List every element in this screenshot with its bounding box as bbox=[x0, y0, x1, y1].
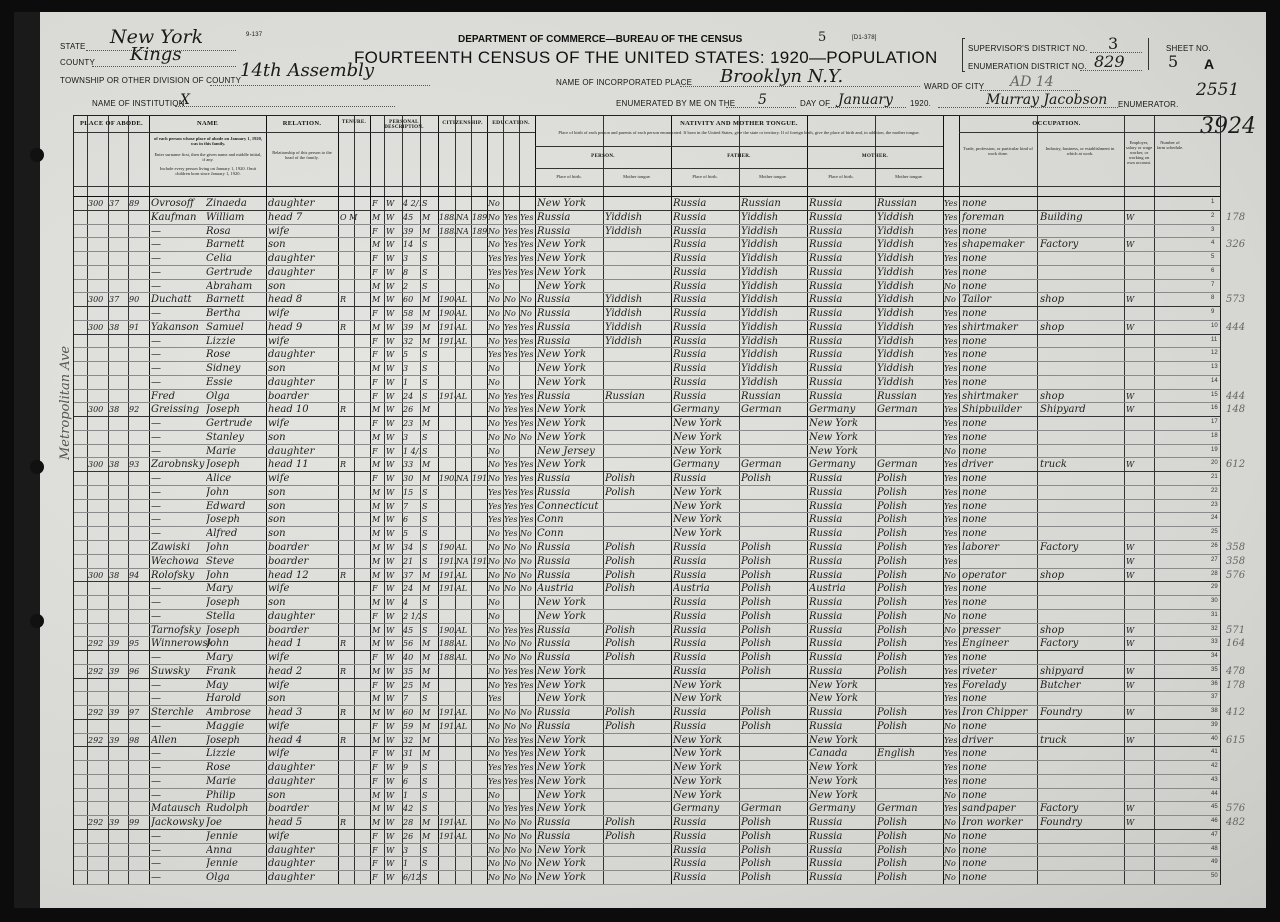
cell-fpob: Russia bbox=[673, 871, 739, 885]
line-number: 4 bbox=[1211, 240, 1214, 246]
table-row: —MarywifeFW40M1885ALNoNoNoRussiaPolishRu… bbox=[74, 650, 1220, 665]
cell-ms: S bbox=[422, 871, 438, 885]
line-number: 28 bbox=[1211, 571, 1218, 577]
line-number: 15 bbox=[1211, 392, 1218, 398]
supervisor-label: SUPERVISOR'S DISTRICT NO. bbox=[968, 44, 1088, 53]
mother-tongue-header: Mother tongue. bbox=[875, 174, 943, 179]
place-of-abode-header: PLACE OF ABODE. bbox=[74, 120, 149, 127]
line-number: 47 bbox=[1211, 832, 1218, 838]
cell-race: W bbox=[386, 871, 402, 885]
place-label: NAME OF INCORPORATED PLACE bbox=[556, 78, 692, 87]
punch-hole-icon bbox=[30, 460, 44, 474]
ward-label: WARD OF CITY bbox=[924, 82, 984, 91]
cell-pob: New York bbox=[537, 871, 603, 885]
department-heading: DEPARTMENT OF COMMERCE—BUREAU OF THE CEN… bbox=[458, 34, 742, 45]
census-title: FOURTEENTH CENSUS OF THE UNITED STATES: … bbox=[354, 48, 938, 68]
census-rows: 3003789OvrosoffZinaedadaughterFW4 2/12SN… bbox=[74, 196, 1220, 884]
table-row: 3003789OvrosoffZinaedadaughterFW4 2/12SN… bbox=[74, 196, 1220, 211]
table-row: —RosawifeFW39M1885NA1892NoYesYesRussiaYi… bbox=[74, 224, 1220, 239]
trade-header: Trade, profession, or particular kind of… bbox=[962, 146, 1034, 156]
enumerated-label: ENUMERATED BY ME ON THE bbox=[616, 99, 735, 108]
line-number: 11 bbox=[1211, 337, 1217, 343]
cell-age: 6/12 bbox=[403, 871, 421, 885]
cell-rel: daughter bbox=[268, 871, 338, 885]
table-row: —MaywifeFW25MNoYesYesNew YorkNew YorkNew… bbox=[74, 678, 1220, 693]
table-row: —JohnsonMW15SYesYesYesRussiaPolishNew Yo… bbox=[74, 485, 1220, 500]
person-pob-header: Place of birth. bbox=[535, 174, 603, 179]
employer-header: Employer, salary or wage worker, or work… bbox=[1125, 140, 1153, 165]
occupation-code: 358 bbox=[1226, 555, 1266, 569]
line-number: 43 bbox=[1211, 777, 1218, 783]
line-number: 5 bbox=[1211, 254, 1214, 260]
punch-hole-icon bbox=[30, 614, 44, 628]
enumerated-day: 5 bbox=[758, 92, 767, 108]
table-row: 3003790DuchattBarnetthead 8RMW60M1906ALN… bbox=[74, 292, 1220, 307]
line-number: 22 bbox=[1211, 488, 1218, 494]
line-number: 25 bbox=[1211, 529, 1218, 535]
occupation-code: 326 bbox=[1226, 238, 1266, 252]
corner-note-2551: 2551 bbox=[1196, 80, 1239, 100]
line-number: 21 bbox=[1211, 474, 1218, 480]
name-instruction: Enter surname first, then the given name… bbox=[154, 152, 262, 162]
line-number: 34 bbox=[1211, 653, 1218, 659]
personal-description-header: PERSONAL DESCRIPTION. bbox=[370, 120, 438, 130]
table-row: —OlgadaughterFW6/12SNoNoNoNew YorkRussia… bbox=[74, 870, 1220, 885]
line-number: 31 bbox=[1211, 612, 1218, 618]
occupation-code: 178 bbox=[1226, 211, 1266, 225]
year-label: 1920. bbox=[910, 99, 931, 108]
line-number: 46 bbox=[1211, 818, 1218, 824]
census-table: PLACE OF ABODE. NAME of each person whos… bbox=[73, 115, 1221, 885]
occupation-code: 576 bbox=[1226, 569, 1266, 583]
line-number: 1 bbox=[1211, 199, 1214, 205]
table-row: —GertrudedaughterFW8SYesYesYesNew YorkRu… bbox=[74, 265, 1220, 280]
line-number: 39 bbox=[1211, 722, 1218, 728]
table-row: WechowaSteveboarderMW21S1912NA1919NoNoNo… bbox=[74, 554, 1220, 569]
occupation-code: 444 bbox=[1226, 321, 1266, 335]
line-number: 8 bbox=[1211, 295, 1214, 301]
line-number: 20 bbox=[1211, 460, 1218, 466]
line-number: 6 bbox=[1211, 268, 1214, 274]
table-row: —RosedaughterFW9SYesYesYesNew YorkNew Yo… bbox=[74, 760, 1220, 775]
mother-header: MOTHER. bbox=[807, 154, 943, 159]
line-number: 7 bbox=[1211, 282, 1214, 288]
cell-school: No bbox=[488, 871, 503, 885]
name-header: NAME bbox=[149, 120, 266, 127]
line-number: 26 bbox=[1211, 543, 1218, 549]
line-number: 29 bbox=[1211, 584, 1218, 590]
enumerator-value: Murray Jacobson bbox=[986, 92, 1107, 108]
mother-pob-header: Place of birth. bbox=[807, 174, 875, 179]
occupation-code: 164 bbox=[1226, 637, 1266, 651]
education-header: EDUCATION. bbox=[487, 120, 535, 126]
cell-mpob: Russia bbox=[809, 871, 875, 885]
line-number: 19 bbox=[1211, 447, 1218, 453]
person-header: PERSON. bbox=[535, 154, 671, 159]
table-row: —EdwardsonMW7SYesYesYesConnecticutNew Yo… bbox=[74, 499, 1220, 514]
citizenship-header: CITIZENSHIP. bbox=[438, 120, 487, 126]
county-value: Kings bbox=[130, 44, 182, 65]
line-number: 16 bbox=[1211, 405, 1218, 411]
form-number: 9-137 bbox=[246, 32, 262, 38]
line-number: 37 bbox=[1211, 694, 1218, 700]
supervisor-value: 3 bbox=[1108, 34, 1118, 53]
sheet-value: 5 bbox=[1168, 52, 1178, 71]
table-row: —StelladaughterFW2 1/2SNoNew YorkRussiaP… bbox=[74, 609, 1220, 624]
occupation-code: 148 bbox=[1226, 403, 1266, 417]
punch-hole-icon bbox=[30, 148, 44, 162]
table-row: FredOlgaboarderFW24S1914ALNoYesYesRussia… bbox=[74, 389, 1220, 404]
line-number: 9 bbox=[1211, 309, 1214, 315]
line-number: 42 bbox=[1211, 763, 1218, 769]
line-number: 10 bbox=[1211, 323, 1218, 329]
table-row: —RosedaughterFW5SYesYesYesNew YorkRussia… bbox=[74, 347, 1220, 362]
table-row: —AlicewifeFW30M1905NA1910NoYesYesRussiaP… bbox=[74, 471, 1220, 486]
table-row: —LizziewifeFW31MNoYesYesNew YorkNew York… bbox=[74, 746, 1220, 761]
tenure-header: TENURE. bbox=[338, 120, 370, 125]
table-row: —SidneysonMW3SNoNew YorkRussiaYiddishRus… bbox=[74, 361, 1220, 376]
line-number: 36 bbox=[1211, 681, 1218, 687]
occupation-code: 412 bbox=[1226, 706, 1266, 720]
industry-header: Industry, business, or establishment in … bbox=[1040, 146, 1120, 156]
township-label: TOWNSHIP OR OTHER DIVISION OF COUNTY bbox=[60, 76, 241, 85]
table-row: KaufmanWilliamhead 7O MMW45M1885NA1892No… bbox=[74, 210, 1220, 225]
line-number: 44 bbox=[1211, 791, 1218, 797]
sheet-letter: A bbox=[1204, 56, 1214, 72]
cell-mtongue: Polish bbox=[877, 871, 943, 885]
table-row: ZawiskiJohnboarderMW34S1907ALNoNoNoRussi… bbox=[74, 540, 1220, 555]
table-row: 3003894RolofskyJohnhead 12RMW37M1912ALNo… bbox=[74, 568, 1220, 583]
table-row: —StanleysonMW3SNoNoNoNew YorkNew YorkNew… bbox=[74, 430, 1220, 445]
cell-ftongue: Polish bbox=[741, 871, 807, 885]
occupation-code: 615 bbox=[1226, 734, 1266, 748]
table-row: —JenniewifeFW26M1910ALNoNoNoRussiaPolish… bbox=[74, 829, 1220, 844]
occupation-code: 576 bbox=[1226, 802, 1266, 816]
relation-header: RELATION. bbox=[266, 120, 338, 127]
person-tongue-header: Mother tongue. bbox=[603, 174, 671, 179]
table-row: —JosephsonMW4SNoNew YorkRussiaPolishRuss… bbox=[74, 595, 1220, 610]
occupation-code: 482 bbox=[1226, 816, 1266, 830]
occupation-code: 571 bbox=[1226, 624, 1266, 638]
relation-subheader: Relationship of this person to the head … bbox=[270, 150, 334, 160]
line-number: 12 bbox=[1211, 350, 1218, 356]
line-number: 49 bbox=[1211, 859, 1218, 865]
table-row: 2923999JackowskyJoehead 5RMW28M1910ALNoN… bbox=[74, 815, 1220, 830]
line-number: 50 bbox=[1211, 873, 1218, 879]
institution-value: X bbox=[180, 92, 190, 108]
table-row: 2923998AllenJosephhead 4RMW32MNoYesYesNe… bbox=[74, 733, 1220, 748]
occupation-code: 358 bbox=[1226, 541, 1266, 555]
occupation-code: 178 bbox=[1226, 679, 1266, 693]
father-pob-header: Place of birth. bbox=[671, 174, 739, 179]
line-number: 33 bbox=[1211, 639, 1218, 645]
occupation-code: 573 bbox=[1226, 293, 1266, 307]
name-include-note: Include every person living on January 1… bbox=[154, 166, 262, 176]
table-row: —CeliadaughterFW3SYesYesYesNew YorkRussi… bbox=[74, 251, 1220, 266]
institution-label: NAME OF INSTITUTION bbox=[92, 99, 185, 108]
occupation-code: 478 bbox=[1226, 665, 1266, 679]
table-row: —GertrudewifeFW23MNoYesYesNew YorkNew Yo… bbox=[74, 416, 1220, 431]
line-number: 41 bbox=[1211, 749, 1218, 755]
place-value: Brooklyn N.Y. bbox=[720, 66, 843, 87]
ward-value: AD 14 bbox=[1010, 74, 1054, 90]
nativity-instruction: Place of birth of each person and parent… bbox=[544, 130, 934, 135]
cell-given: Olga bbox=[206, 871, 266, 885]
table-row: —EssiedaughterFW1SNoNew YorkRussiaYiddis… bbox=[74, 375, 1220, 390]
line-number: 30 bbox=[1211, 598, 1218, 604]
margin-note: Metropolitan Ave bbox=[58, 346, 73, 460]
table-row: TarnofskyJosephboarderMW45S1902ALNoYesYe… bbox=[74, 623, 1220, 638]
cell-occ: none bbox=[962, 871, 1037, 885]
enumerator-label: ENUMERATOR. bbox=[1118, 100, 1179, 109]
cell-write: No bbox=[520, 871, 535, 885]
table-row: —PhilipsonMW1SNoNew YorkNew YorkNew York… bbox=[74, 788, 1220, 803]
occupation-code: 612 bbox=[1226, 458, 1266, 472]
line-number: 27 bbox=[1211, 557, 1218, 563]
cell-surname: — bbox=[151, 871, 211, 885]
cell-sex: F bbox=[372, 871, 384, 885]
table-row: —JenniedaughterFW1SNoNoNoNew YorkRussiaP… bbox=[74, 856, 1220, 871]
nativity-header: NATIVITY AND MOTHER TONGUE. bbox=[535, 120, 943, 127]
line-number: 48 bbox=[1211, 846, 1218, 852]
table-row: —HaroldsonMW7SYesNew YorkNew YorkNew Yor… bbox=[74, 691, 1220, 706]
ed-label: ENUMERATION DISTRICT NO. bbox=[968, 62, 1087, 71]
line-number: 2 bbox=[1211, 213, 1214, 219]
table-row: 3003893ZarobnskyJosephhead 11RMW33MNoYes… bbox=[74, 457, 1220, 472]
name-subheader: of each person whose place of abode on J… bbox=[154, 136, 262, 146]
table-row: 2923995WinnerowskiJohnhead 1RMW56M1885AL… bbox=[74, 636, 1220, 651]
line-number: 32 bbox=[1211, 626, 1218, 632]
line-number: 17 bbox=[1211, 419, 1218, 425]
month-value: January bbox=[838, 92, 893, 108]
form-code: [D1-378] bbox=[852, 35, 877, 41]
table-row: —MarywifeFW24M1910ALNoNoNoAustriaPolishA… bbox=[74, 581, 1220, 596]
table-row: —JosephsonMW6SYesYesYesConnNew YorkRussi… bbox=[74, 512, 1220, 527]
occupation-header: OCCUPATION. bbox=[959, 120, 1154, 127]
cell-eng: No bbox=[944, 871, 959, 885]
table-row: —MaggiewifeFW59M1912ALNoNoNoRussiaPolish… bbox=[74, 719, 1220, 734]
father-header: FATHER. bbox=[671, 154, 807, 159]
line-number: 45 bbox=[1211, 804, 1218, 810]
table-row: 3003892GreissingJosephhead 10RMW26MNoYes… bbox=[74, 402, 1220, 417]
line-number: 40 bbox=[1211, 736, 1218, 742]
ed-value: 829 bbox=[1094, 52, 1125, 71]
line-number: 18 bbox=[1211, 433, 1218, 439]
line-number: 14 bbox=[1211, 378, 1218, 384]
table-row: 2923997SterchleAmbrosehead 3RMW60M1912AL… bbox=[74, 705, 1220, 720]
line-number: 3 bbox=[1211, 227, 1214, 233]
table-row: —BarnettsonMW14SNoYesYesNew YorkRussiaYi… bbox=[74, 237, 1220, 252]
day-of-label: DAY OF bbox=[800, 99, 830, 108]
page-stamp: 5 bbox=[818, 30, 826, 45]
line-number: 38 bbox=[1211, 708, 1218, 714]
occupation-code: 444 bbox=[1226, 390, 1266, 404]
line-number: 23 bbox=[1211, 502, 1218, 508]
cell-read: No bbox=[504, 871, 519, 885]
table-row: —AnnadaughterFW3SNoNoNoNew YorkRussiaPol… bbox=[74, 843, 1220, 858]
farm-schedule-header: Number of farm schedule. bbox=[1156, 140, 1184, 150]
table-row: —MariedaughterFW6SYesYesYesNew YorkNew Y… bbox=[74, 774, 1220, 789]
table-row: —BerthawifeFW58M1906ALNoNoNoRussiaYiddis… bbox=[74, 306, 1220, 321]
line-number: 24 bbox=[1211, 515, 1218, 521]
father-tongue-header: Mother tongue. bbox=[739, 174, 807, 179]
table-row: —LizziewifeFW32M1912ALNoYesYesRussiaYidd… bbox=[74, 334, 1220, 349]
table-row: —AbrahamsonMW2SNoNew YorkRussiaYiddishRu… bbox=[74, 279, 1220, 294]
county-label: COUNTY bbox=[60, 58, 95, 67]
state-label: STATE bbox=[60, 42, 86, 51]
table-row: MatauschRudolphboarderMW42SNoYesYesNew Y… bbox=[74, 801, 1220, 816]
line-number: 35 bbox=[1211, 667, 1218, 673]
table-row: 2923996SuwskyFrankhead 2RMW35MNoYesYesNe… bbox=[74, 664, 1220, 679]
line-number: 13 bbox=[1211, 364, 1218, 370]
table-row: —AlfredsonMW5SNoYesNoConnNew YorkRussiaP… bbox=[74, 526, 1220, 541]
table-row: 3003891YakansonSamuelhead 9RMW39M1910ALN… bbox=[74, 320, 1220, 335]
table-row: —MariedaughterFW1 4/12SNoNew JerseyNew Y… bbox=[74, 444, 1220, 459]
